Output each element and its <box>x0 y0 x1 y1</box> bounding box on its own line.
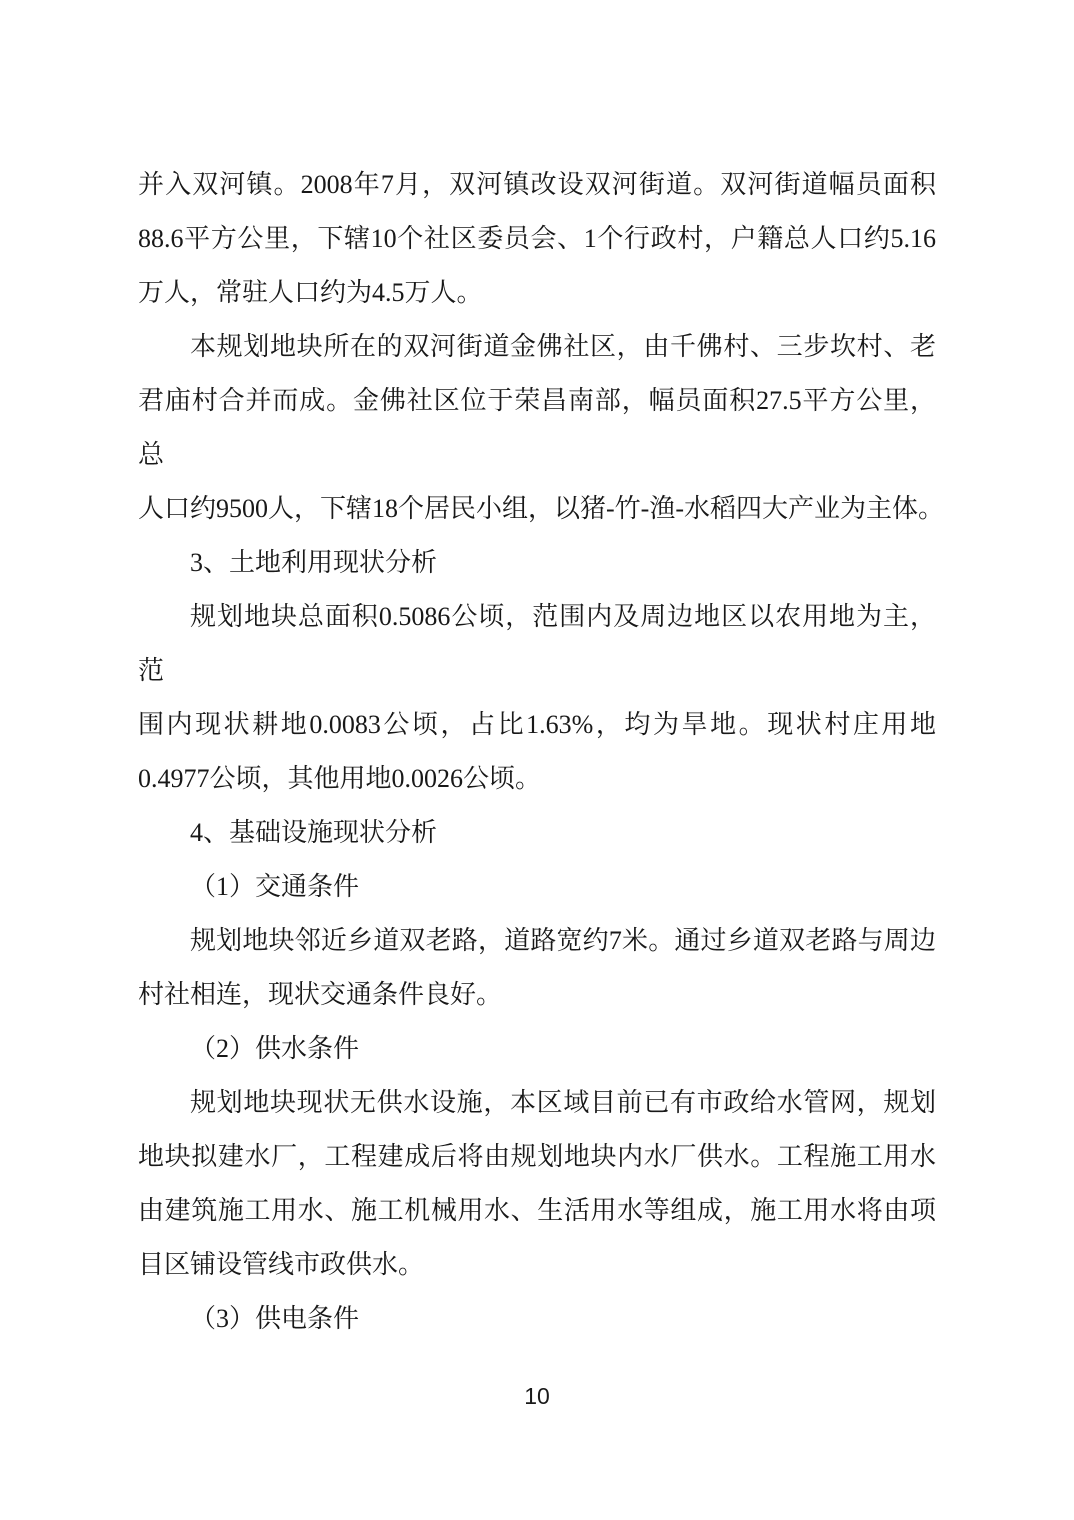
text-line: 目区铺设管线市政供水。 <box>138 1238 936 1292</box>
heading-line: （2）供水条件 <box>138 1022 936 1076</box>
document-body: 并入双河镇。2008年7月，双河镇改设双河街道。双河街道幅员面积 88.6平方公… <box>138 158 936 1346</box>
text-line: 规划地块现状无供水设施，本区域目前已有市政给水管网，规划 <box>138 1076 936 1130</box>
sub-heading: （1）交通条件 <box>138 860 936 914</box>
heading-line: （3）供电条件 <box>138 1292 936 1346</box>
text-line: 村社相连，现状交通条件良好。 <box>138 968 936 1022</box>
text-line: 地块拟建水厂，工程建成后将由规划地块内水厂供水。工程施工用水 <box>138 1130 936 1184</box>
text-line: 本规划地块所在的双河街道金佛社区，由千佛村、三步坎村、老 <box>138 320 936 374</box>
text-line: 由建筑施工用水、施工机械用水、生活用水等组成，施工用水将由项 <box>138 1184 936 1238</box>
paragraph: 并入双河镇。2008年7月，双河镇改设双河街道。双河街道幅员面积 88.6平方公… <box>138 158 936 320</box>
paragraph: 规划地块现状无供水设施，本区域目前已有市政给水管网，规划 地块拟建水厂，工程建成… <box>138 1076 936 1292</box>
document-page: 并入双河镇。2008年7月，双河镇改设双河街道。双河街道幅员面积 88.6平方公… <box>0 0 1074 1520</box>
text-line: 围内现状耕地0.0083公顷，占比1.63%，均为旱地。现状村庄用地 <box>138 698 936 752</box>
text-line: 规划地块总面积0.5086公顷，范围内及周边地区以农用地为主，范 <box>138 590 936 698</box>
section-heading: 4、基础设施现状分析 <box>138 806 936 860</box>
sub-heading: （3）供电条件 <box>138 1292 936 1346</box>
text-line: 88.6平方公里，下辖10个社区委员会、1个行政村，户籍总人口约5.16 <box>138 212 936 266</box>
text-line: 并入双河镇。2008年7月，双河镇改设双河街道。双河街道幅员面积 <box>138 158 936 212</box>
section-heading: 3、土地利用现状分析 <box>138 536 936 590</box>
heading-line: （1）交通条件 <box>138 860 936 914</box>
text-line: 君庙村合并而成。金佛社区位于荣昌南部，幅员面积27.5平方公里，总 <box>138 374 936 482</box>
text-line: 规划地块邻近乡道双老路，道路宽约7米。通过乡道双老路与周边 <box>138 914 936 968</box>
paragraph: 规划地块总面积0.5086公顷，范围内及周边地区以农用地为主，范 围内现状耕地0… <box>138 590 936 806</box>
sub-heading: （2）供水条件 <box>138 1022 936 1076</box>
heading-line: 3、土地利用现状分析 <box>138 536 936 590</box>
paragraph: 本规划地块所在的双河街道金佛社区，由千佛村、三步坎村、老 君庙村合并而成。金佛社… <box>138 320 936 536</box>
text-line: 万人，常驻人口约为4.5万人。 <box>138 266 936 320</box>
page-number: 10 <box>524 1383 550 1409</box>
paragraph: 规划地块邻近乡道双老路，道路宽约7米。通过乡道双老路与周边 村社相连，现状交通条… <box>138 914 936 1022</box>
page-footer: 10 <box>0 1382 1074 1410</box>
text-line: 人口约9500人，下辖18个居民小组，以猪-竹-渔-水稻四大产业为主体。 <box>138 482 936 536</box>
text-line: 0.4977公顷，其他用地0.0026公顷。 <box>138 752 936 806</box>
heading-line: 4、基础设施现状分析 <box>138 806 936 860</box>
